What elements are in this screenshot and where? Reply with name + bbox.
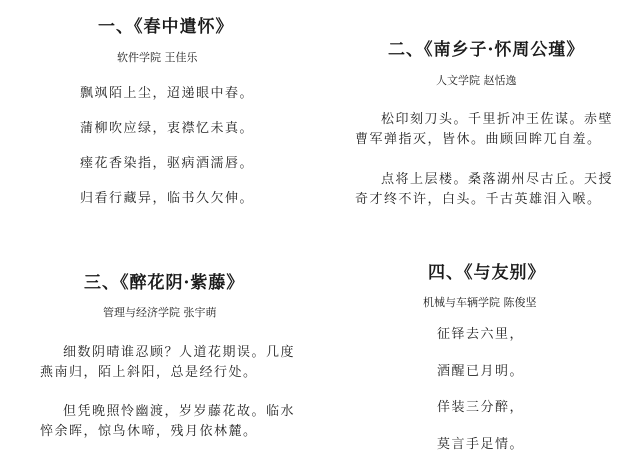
- poem-line: 蒲柳吹应绿，衷襟忆未真。: [80, 117, 254, 136]
- poem-author: 软件学院 王佳乐: [117, 49, 198, 65]
- poem-line: 飘飒陌上尘，迢递眼中春。: [80, 82, 254, 101]
- poem-line: 细数阴晴谁忍顾？人道花期误。几度: [63, 341, 295, 360]
- poem-line: 奇才终不许，白头。千古英雄泪入喉。: [355, 188, 602, 207]
- poem-author: 机械与车辆学院 陈俊坚: [423, 294, 537, 310]
- poem-title: 一、《春中遣怀》: [98, 12, 234, 37]
- poem-title: 四、《与友别》: [428, 258, 546, 283]
- poem-author: 管理与经济学院 张宇萌: [103, 304, 217, 320]
- poem-line: 莫言手足情。: [437, 433, 524, 452]
- poem-author: 人文学院 赵恬逸: [436, 72, 517, 88]
- poem-line: 酒醒已月明。: [437, 360, 524, 379]
- poem-line: 悴余晖，惊鸟休啼，残月依林麓。: [40, 420, 258, 439]
- poem-title: 三、《醉花阴·紫藤》: [84, 268, 244, 293]
- poem-title: 二、《南乡子·怀周公瑾》: [388, 35, 584, 60]
- poem-line: 曹军弹指灭，皆休。曲顾回眸兀自羞。: [355, 128, 602, 147]
- poem-line: 佯装三分醉，: [437, 396, 524, 415]
- poem-line: 但凭晚照怜幽渡，岁岁藤花故。临水: [63, 400, 295, 419]
- poem-line: 点将上层楼。桑落湖州尽古丘。天授: [381, 168, 613, 187]
- poem-line: 瘗花香染指，驱病酒濡唇。: [80, 152, 254, 171]
- poem-line: 归看行藏异，临书久欠伸。: [80, 187, 254, 206]
- poem-line: 征铎去六里，: [437, 323, 524, 342]
- poem-line: 松印刻刀头。千里折冲王佐谋。赤壁: [381, 108, 613, 127]
- poem-line: 燕南归，陌上斜阳，总是经行处。: [40, 361, 258, 380]
